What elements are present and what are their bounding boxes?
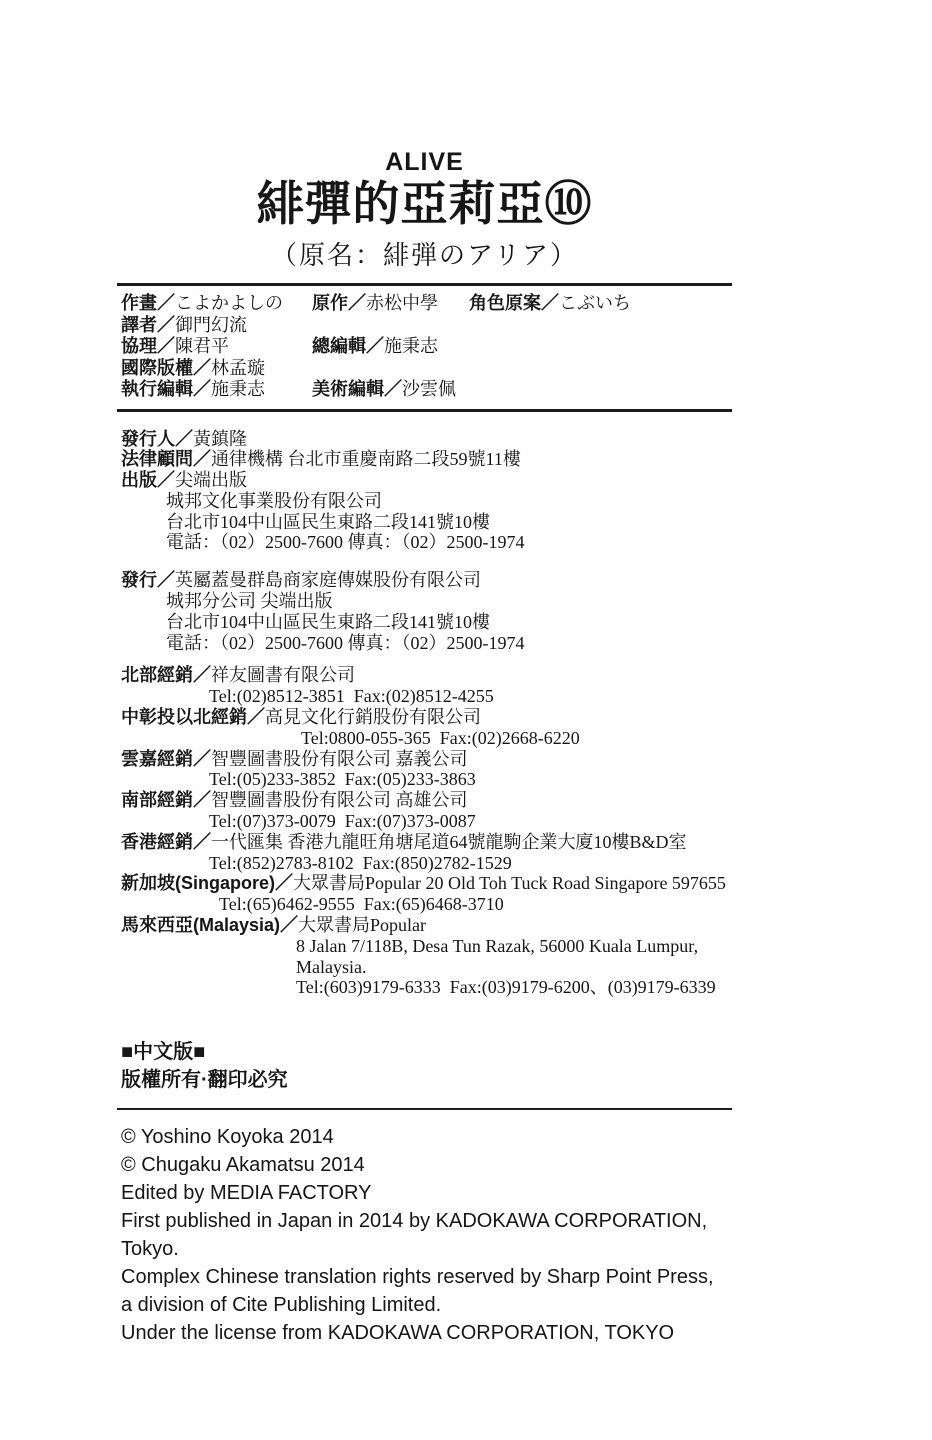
distributor-label: 馬來西亞(Malaysia)／	[121, 915, 298, 935]
credit-value: こぶいち	[559, 293, 631, 313]
publisher-value: 黃鎮隆	[193, 429, 247, 449]
credits-section: 作畫／こよかよしの原作／赤松中學角色原案／こぶいち 譯者／御門幻流 協理／陳君平…	[117, 286, 732, 409]
distributor-tel-line: Tel:(02)8512-3851 Fax:(02)8512-4255	[121, 686, 732, 707]
issuer-line: 發行／英屬蓋曼群島商家庭傳媒股份有限公司	[121, 570, 732, 591]
press-phone-line: 電話：（02）2500-7600 傳真：（02）2500-1974	[121, 532, 732, 553]
credit-row: 譯者／御門幻流	[121, 315, 728, 337]
distributor-tel-line: Tel:(65)6462-9555 Fax:(65)6468-3710	[121, 894, 732, 915]
distributor-label: 雲嘉經銷／	[121, 749, 211, 769]
distributor-tel-line: Tel:(07)373-0079 Fax:(07)373-0087	[121, 811, 732, 832]
credit-value: 林孟璇	[211, 358, 265, 378]
copyright-line: © Chugaku Akamatsu 2014	[121, 1151, 732, 1179]
distributor-tel-line: Tel:0800-055-365 Fax:(02)2668-6220	[121, 728, 732, 749]
issuer-label: 發行／	[121, 570, 175, 590]
copyright-line: Complex Chinese translation rights reser…	[121, 1263, 732, 1291]
credit-label: 美術編輯／	[312, 379, 402, 399]
distributor-label: 香港經銷／	[121, 832, 211, 852]
chinese-edition-mark: ■中文版■	[121, 1038, 732, 1066]
credit-value: 陳君平	[175, 336, 229, 356]
distributor-tel-line: Tel:(852)2783-8102 Fax:(850)2782-1529	[121, 853, 732, 874]
series-label: ALIVE	[117, 148, 732, 176]
distributor-line: 新加坡(Singapore)／大眾書局Popular 20 Old Toh Tu…	[121, 873, 732, 894]
press-label: 出版／	[121, 470, 175, 490]
legal-advisor-value: 通律機構 台北市重慶南路二段59號11樓	[211, 449, 521, 469]
credit-label: 國際版權／	[121, 358, 211, 378]
credit-value: 赤松中學	[366, 293, 438, 313]
distributor-label: 北部經銷／	[121, 665, 211, 685]
distributor-tel-line: Tel:(603)9179-6333 Fax:(03)9179-6200、(03…	[121, 977, 732, 998]
credit-label: 原作／	[312, 293, 366, 313]
distributor-address-line: 8 Jalan 7/118B, Desa Tun Razak, 56000 Ku…	[121, 936, 732, 978]
original-title: （原名：緋弾のアリア）	[117, 240, 732, 270]
distributor-value: 智豐圖書股份有限公司 嘉義公司	[211, 749, 468, 769]
divider-credits	[117, 409, 732, 412]
credit-row: 國際版權／林孟璇	[121, 358, 728, 380]
publisher-section: 發行人／黃鎮隆 法律顧問／通律機構 台北市重慶南路二段59號11樓 出版／尖端出…	[117, 429, 732, 554]
distributor-line: 北部經銷／祥友圖書有限公司	[121, 665, 732, 686]
publisher-line: 發行人／黃鎮隆	[121, 429, 732, 450]
distributor-value: 高見文化行銷股份有限公司	[265, 707, 481, 727]
press-line: 出版／尖端出版	[121, 470, 732, 491]
legal-advisor-line: 法律顧問／通律機構 台北市重慶南路二段59號11樓	[121, 449, 732, 470]
issuer-branch-line: 城邦分公司 尖端出版	[121, 591, 732, 612]
credit-value: こよかよしの	[175, 293, 283, 313]
copyright-line: Edited by MEDIA FACTORY	[121, 1179, 732, 1207]
distributor-line: 雲嘉經銷／智豐圖書股份有限公司 嘉義公司	[121, 749, 732, 770]
distributor-line: 馬來西亞(Malaysia)／大眾書局Popular	[121, 915, 732, 936]
credit-value: 施秉志	[384, 336, 438, 356]
credit-label: 執行編輯／	[121, 379, 211, 399]
copyright-line: © Yoshino Koyoka 2014	[121, 1123, 732, 1151]
legal-advisor-label: 法律顧問／	[121, 449, 211, 469]
distributor-value: 祥友圖書有限公司	[211, 665, 355, 685]
credit-label: 總編輯／	[312, 336, 384, 356]
distributor-label: 南部經銷／	[121, 790, 211, 810]
issuer-value: 英屬蓋曼群島商家庭傳媒股份有限公司	[175, 570, 481, 590]
distributor-value: 大眾書局Popular 20 Old Toh Tuck Road Singapo…	[293, 873, 726, 893]
chinese-edition-section: ■中文版■ 版權所有·翻印必究	[117, 1038, 732, 1094]
distributor-label: 中彰投以北經銷／	[121, 707, 265, 727]
credit-label: 協理／	[121, 336, 175, 356]
title-block: ALIVE 緋彈的亞莉亞⑩ （原名：緋弾のアリア）	[117, 148, 732, 270]
distributor-value: 智豐圖書股份有限公司 高雄公司	[211, 790, 468, 810]
distributors-section: 北部經銷／祥友圖書有限公司 Tel:(02)8512-3851 Fax:(02)…	[117, 665, 732, 998]
distributor-label: 新加坡(Singapore)／	[121, 873, 293, 893]
press-value: 尖端出版	[175, 470, 247, 490]
credit-value: 施秉志	[211, 379, 265, 399]
credit-value: 沙雲佩	[402, 379, 456, 399]
press-address-line: 台北市104中山區民生東路二段141號10樓	[121, 512, 732, 533]
credit-label: 角色原案／	[469, 293, 559, 313]
issuer-section: 發行／英屬蓋曼群島商家庭傳媒股份有限公司 城邦分公司 尖端出版 台北市104中山…	[117, 570, 732, 653]
distributor-value: 大眾書局Popular	[298, 915, 426, 935]
credit-label: 譯者／	[121, 315, 175, 335]
colophon-page: ALIVE 緋彈的亞莉亞⑩ （原名：緋弾のアリア） 作畫／こよかよしの原作／赤松…	[117, 0, 732, 1347]
copyright-line: Under the license from KADOKAWA CORPORAT…	[121, 1319, 732, 1347]
distributor-line: 香港經銷／一代匯集 香港九龍旺角塘尾道64號龍駒企業大廈10樓B&D室	[121, 832, 732, 853]
credit-label: 作畫／	[121, 293, 175, 313]
credit-row: 作畫／こよかよしの原作／赤松中學角色原案／こぶいち	[121, 293, 728, 315]
distributor-value: 一代匯集 香港九龍旺角塘尾道64號龍駒企業大廈10樓B&D室	[211, 832, 687, 852]
issuer-address-line: 台北市104中山區民生東路二段141號10樓	[121, 612, 732, 633]
copyright-line: a division of Cite Publishing Limited.	[121, 1291, 732, 1319]
issuer-phone-line: 電話：（02）2500-7600 傳真：（02）2500-1974	[121, 633, 732, 654]
book-title: 緋彈的亞莉亞⑩	[117, 178, 732, 230]
copyright-line: First published in Japan in 2014 by KADO…	[121, 1207, 732, 1263]
distributor-line: 中彰投以北經銷／高見文化行銷股份有限公司	[121, 707, 732, 728]
credit-row: 協理／陳君平總編輯／施秉志	[121, 336, 728, 358]
press-company-line: 城邦文化事業股份有限公司	[121, 491, 732, 512]
credit-value: 御門幻流	[175, 315, 247, 335]
distributor-tel-line: Tel:(05)233-3852 Fax:(05)233-3863	[121, 769, 732, 790]
credit-row: 執行編輯／施秉志美術編輯／沙雲佩	[121, 379, 728, 401]
english-copyright-section: © Yoshino Koyoka 2014 © Chugaku Akamatsu…	[117, 1123, 732, 1347]
publisher-label: 發行人／	[121, 429, 193, 449]
divider-bottom	[117, 1108, 732, 1110]
distributor-line: 南部經銷／智豐圖書股份有限公司 高雄公司	[121, 790, 732, 811]
rights-notice: 版權所有·翻印必究	[121, 1066, 732, 1094]
